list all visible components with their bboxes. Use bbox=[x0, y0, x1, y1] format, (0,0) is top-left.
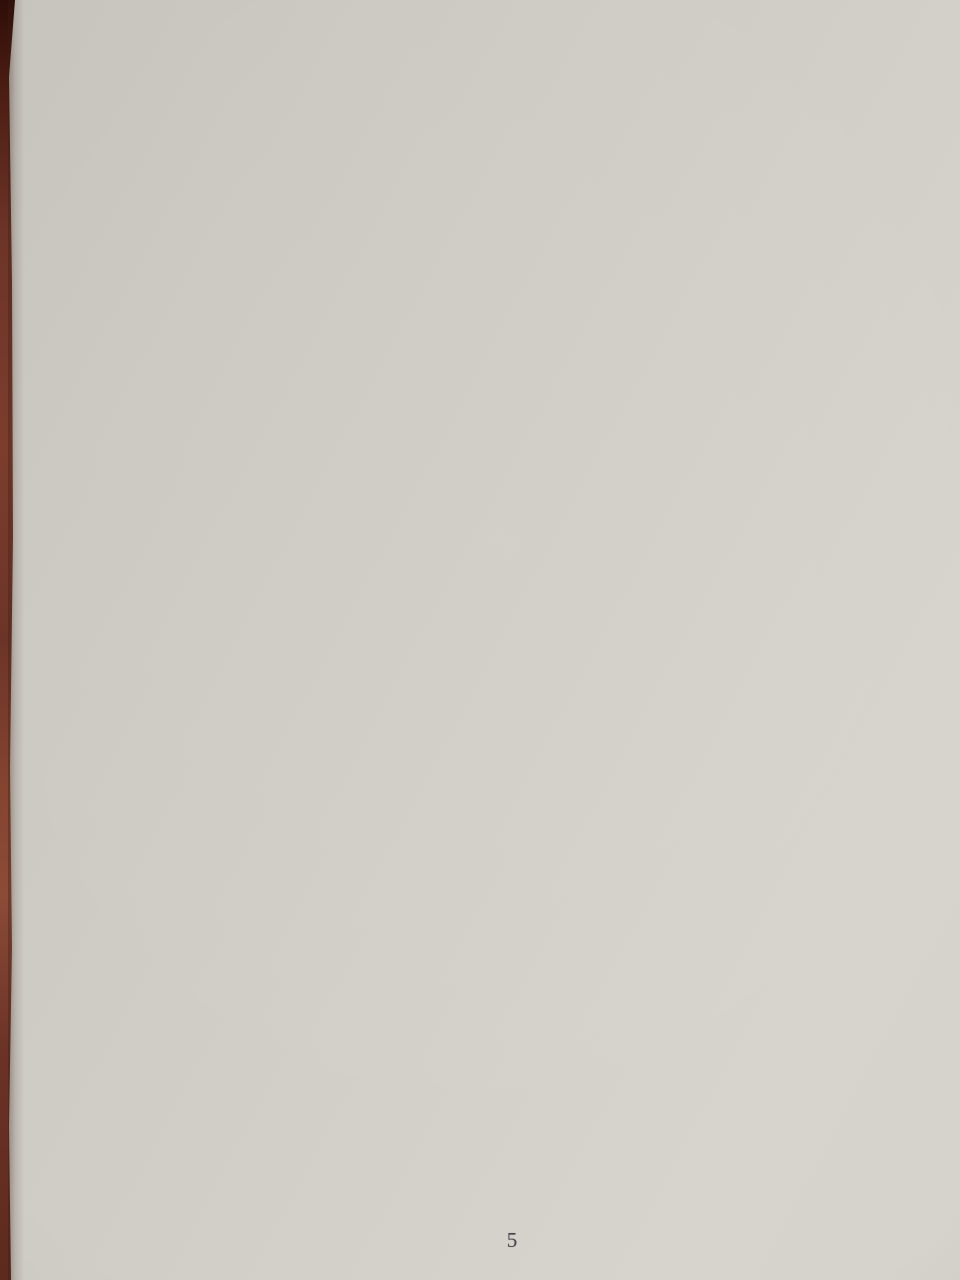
paper-edge-shadow bbox=[8, 0, 24, 1280]
document-page bbox=[7, 0, 960, 1280]
photo-frame: 张焕秋，男，汉族，1962 年 12 月生，山东昌邑人，1982 年 8 月参加… bbox=[0, 0, 960, 1280]
page-number: 5 bbox=[496, 1228, 528, 1253]
